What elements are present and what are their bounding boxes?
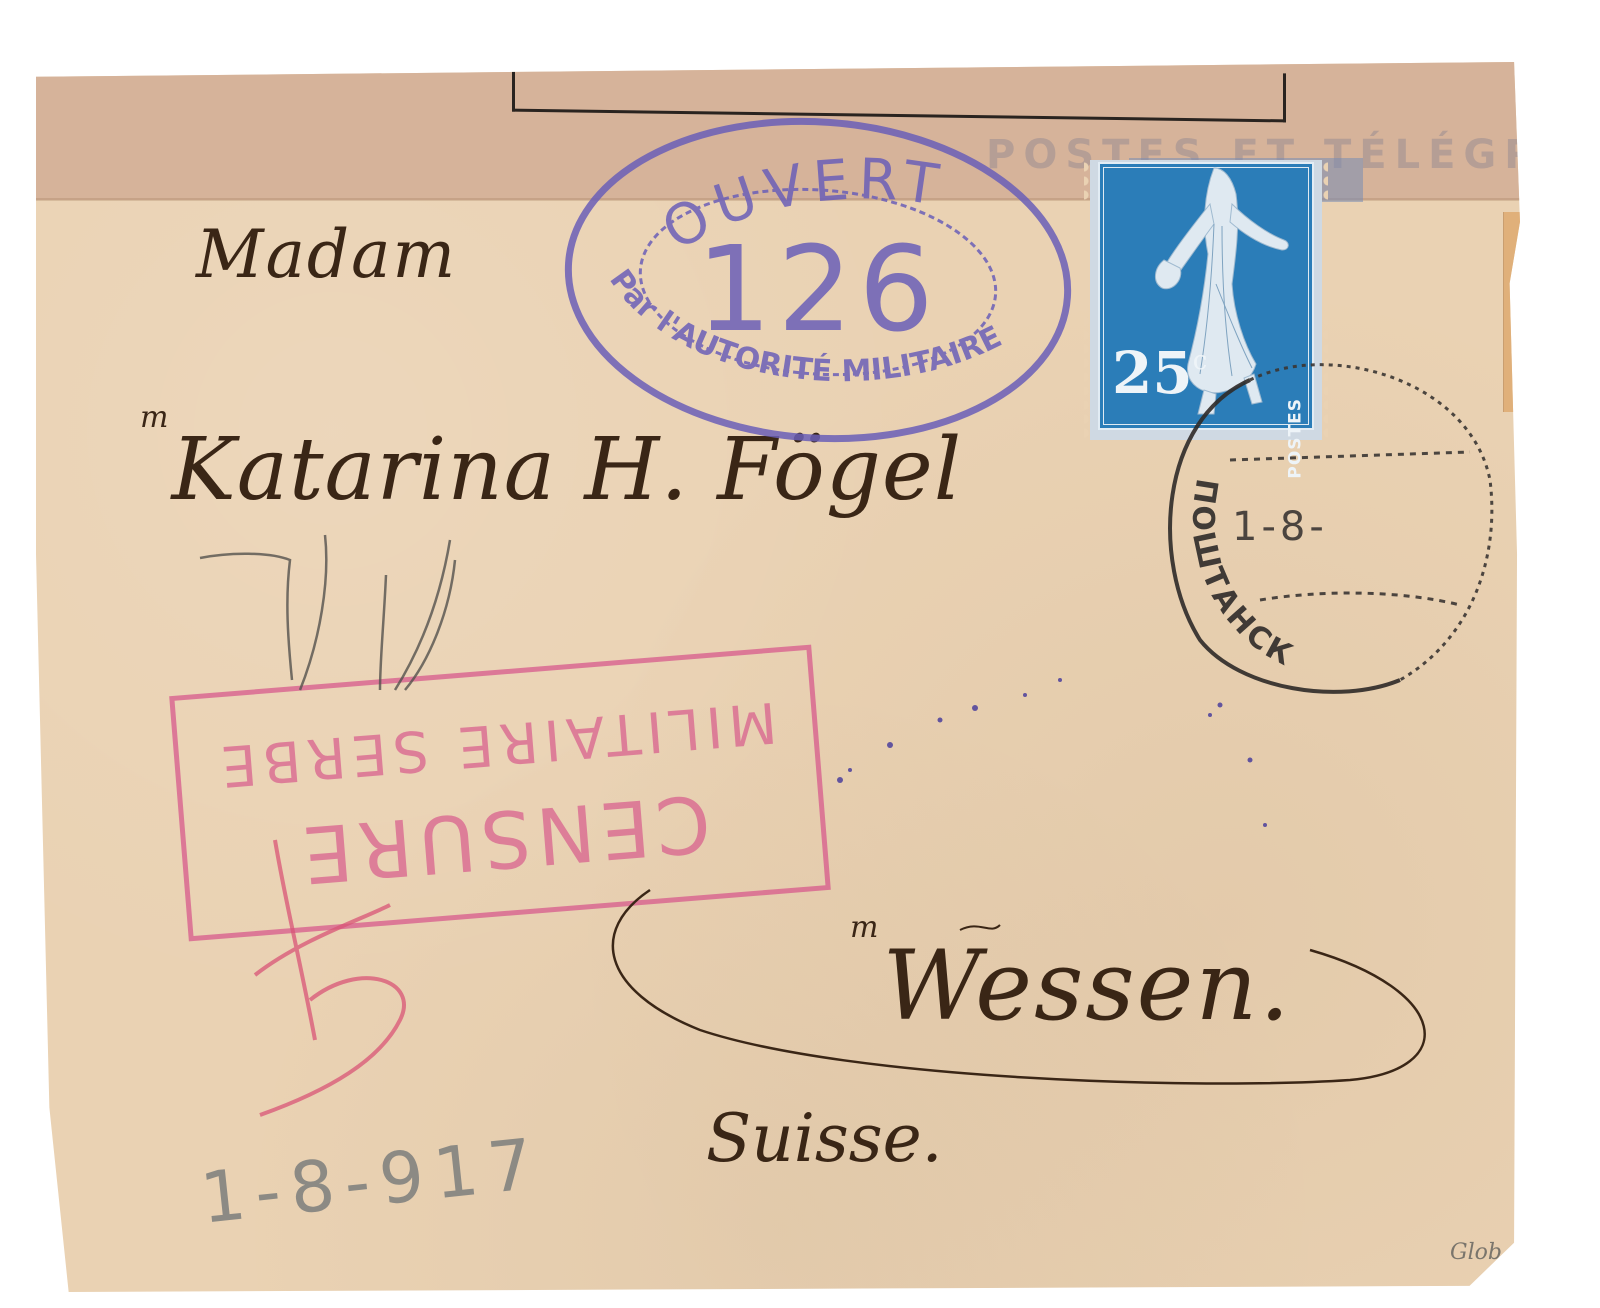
stamp-country-label: POSTES [1286, 398, 1306, 479]
envelope-right-fold [1503, 212, 1520, 412]
corner-signature: Glob [1450, 1240, 1502, 1265]
destination-country: Suisse. [706, 1100, 943, 1177]
postage-stamp: 25c POSTES [1090, 160, 1322, 440]
recipient-name: mKatarina H. Fögel [140, 420, 962, 520]
destination-city: mWessen. [850, 930, 1292, 1042]
stamp-frame: 25c POSTES [1098, 162, 1314, 430]
salutation: Madam [196, 216, 457, 293]
recipient-prefix: m [140, 400, 169, 435]
stamp-value: 25c [1112, 344, 1207, 402]
recipient-name-text: Katarina H. Fögel [171, 420, 962, 520]
city-text: Wessen. [882, 930, 1291, 1042]
city-prefix: m [850, 910, 880, 945]
serbian-censor-box: CENSURE MILITAIRE SERBE [169, 645, 831, 942]
